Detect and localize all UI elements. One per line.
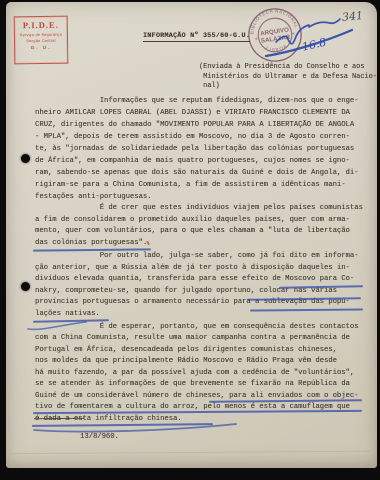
pide-stamp-line2: Secção Central <box>15 38 67 44</box>
handwritten-date: 16.8 <box>301 36 328 54</box>
scanned-document-page: P.I.D.E. Serviço de Segurança Secção Cen… <box>0 0 380 480</box>
recipient-note: (Enviada à Presidência do Conselho e aos… <box>199 63 377 92</box>
pen-flourish <box>26 318 116 332</box>
paragraph-2: É de crer que estes indivíduos viajem pe… <box>35 203 363 250</box>
pen-flourish <box>28 420 243 436</box>
pide-stamp-line1: Serviço de Segurança <box>15 31 67 37</box>
document-title: INFORMAÇÃO Nº 355/60-G.U. <box>143 32 250 42</box>
pide-stamp-title: P.I.D.E. <box>15 20 67 31</box>
paragraph-1: Informações que se reputam fidedignas, d… <box>35 95 359 203</box>
punch-hole-bottom <box>21 282 30 291</box>
handwritten-visto-note: 16.8 <box>246 14 366 64</box>
signature-stroke <box>309 19 340 27</box>
pide-stamp: P.I.D.E. Serviço de Segurança Secção Cen… <box>14 16 69 65</box>
pide-stamp-line3: G. U. <box>15 45 67 51</box>
punch-hole-top <box>21 154 30 163</box>
